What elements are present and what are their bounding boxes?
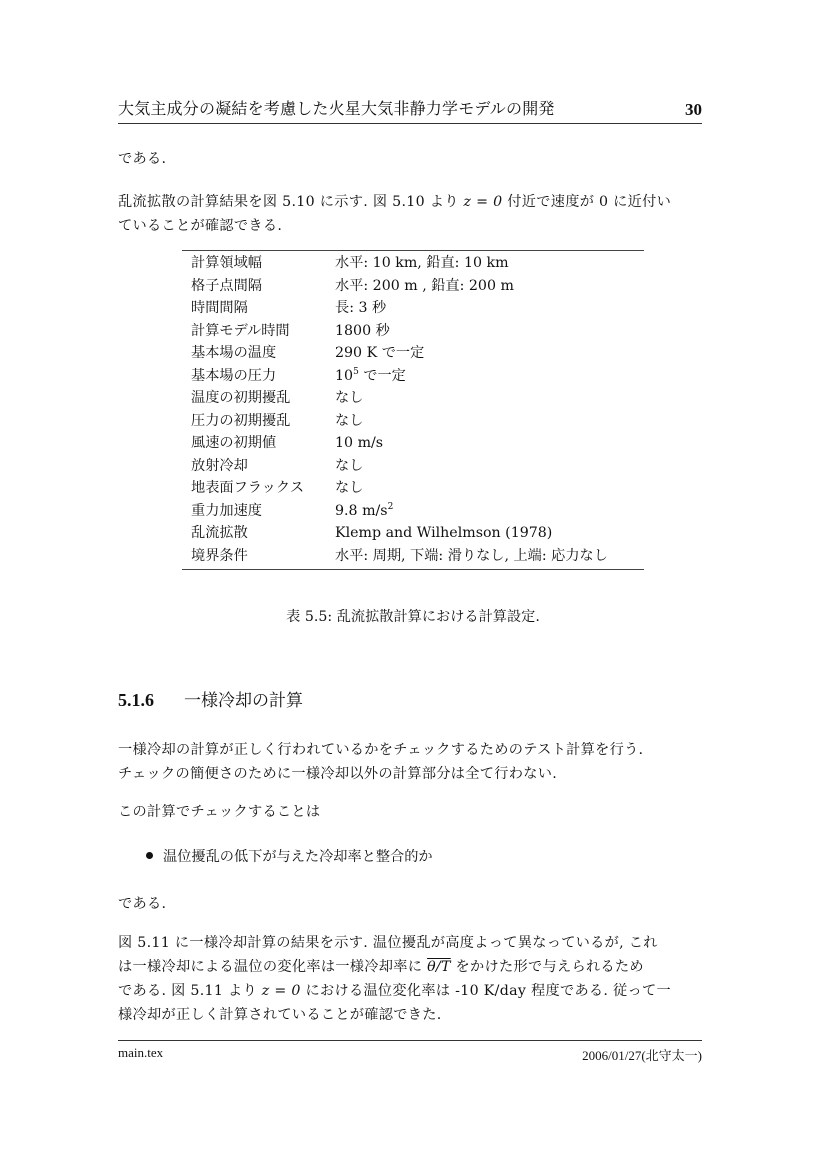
- value-superscript: 2: [388, 502, 394, 512]
- page-number: 30: [685, 100, 702, 120]
- table-value: 水平: 200 m , 鉛直: 200 m: [335, 275, 644, 298]
- table-value: 1800 秒: [335, 320, 644, 343]
- paragraph-conclusion: である.: [118, 892, 708, 916]
- table-key: 重力加速度: [182, 500, 335, 523]
- table-value: なし: [335, 477, 644, 500]
- math-inline: z = 0: [464, 194, 503, 210]
- text-run: 付近で速度が 0 に近付い: [502, 194, 671, 210]
- math-T-bar: /T: [436, 959, 451, 975]
- text-run: は一様冷却による温位の変化率は一様冷却率に: [118, 959, 427, 975]
- paragraph-line: ていることが確認できる.: [118, 214, 708, 238]
- table-value: 水平: 周期, 下端: 滑りなし, 上端: 応力なし: [335, 545, 644, 570]
- table-value: なし: [335, 455, 644, 478]
- table-key: 乱流拡散: [182, 522, 335, 545]
- section-title: 一様冷却の計算: [184, 691, 303, 711]
- settings-table: 計算領域幅水平: 10 km, 鉛直: 10 km 格子点間隔水平: 200 m…: [182, 250, 644, 570]
- bullet-icon: [146, 852, 153, 859]
- paragraph-text: である.: [118, 147, 708, 171]
- table-key: 時間間隔: [182, 297, 335, 320]
- table-value: なし: [335, 410, 644, 433]
- paragraph-turbulence-result: 乱流拡散の計算結果を図 5.10 に示す. 図 5.10 より z = 0 付近…: [118, 190, 708, 238]
- table-value: 10 m/s: [335, 432, 644, 455]
- math-theta-bar: θ: [427, 959, 436, 975]
- table-row: 計算モデル時間1800 秒: [182, 320, 644, 343]
- paragraph-line: である. 図 5.11 より z = 0 における温位変化率は -10 K/da…: [118, 979, 708, 1003]
- value-rest: で一定: [359, 368, 406, 384]
- table-key: 地表面フラックス: [182, 477, 335, 500]
- paragraph-line: は一様冷却による温位の変化率は一様冷却率に θ/T をかけた形で与えられるため: [118, 955, 708, 979]
- text-run: をかけた形で与えられるため: [451, 959, 644, 975]
- table-key: 基本場の温度: [182, 342, 335, 365]
- paragraph-uniform-cooling-intro: 一様冷却の計算が正しく行われているかをチェックするためのテスト計算を行う. チェ…: [118, 738, 708, 786]
- table-key: 計算領域幅: [182, 251, 335, 275]
- table-caption: 表 5.5: 乱流拡散計算における計算設定.: [0, 606, 826, 628]
- paragraph-line: 一様冷却の計算が正しく行われているかをチェックするためのテスト計算を行う.: [118, 738, 708, 762]
- table-key: 圧力の初期擾乱: [182, 410, 335, 433]
- table-value: 長: 3 秒: [335, 297, 644, 320]
- table-value: なし: [335, 387, 644, 410]
- table-row: 地表面フラックスなし: [182, 477, 644, 500]
- footer-filename: main.tex: [118, 1045, 163, 1061]
- table-row: 基本場の圧力105 で一定: [182, 365, 644, 388]
- paragraph-line: 図 5.11 に一様冷却計算の結果を示す. 温位擾乱が高度よって異なっているが,…: [118, 931, 708, 955]
- table-key: 温度の初期擾乱: [182, 387, 335, 410]
- bullet-item: 温位擾乱の低下が与えた冷却率と整合的か: [163, 849, 433, 865]
- table-value: 105 で一定: [335, 365, 644, 388]
- table-key: 基本場の圧力: [182, 365, 335, 388]
- page-footer: main.tex 2006/01/27(北守太一): [118, 1040, 702, 1065]
- value-base: 10: [335, 368, 353, 384]
- table-key: 計算モデル時間: [182, 320, 335, 343]
- paragraph-uniform-cooling-result: 図 5.11 に一様冷却計算の結果を示す. 温位擾乱が高度よって異なっているが,…: [118, 931, 708, 1027]
- table-row: 温度の初期擾乱なし: [182, 387, 644, 410]
- table-value: 290 K で一定: [335, 342, 644, 365]
- table-row: 重力加速度9.8 m/s2: [182, 500, 644, 523]
- table-row: 計算領域幅水平: 10 km, 鉛直: 10 km: [182, 251, 644, 275]
- paragraph-check-lead: この計算でチェックすることは: [118, 800, 708, 824]
- footer-date-author: 2006/01/27(北守太一): [582, 1045, 702, 1064]
- section-heading: 5.1.6一様冷却の計算: [118, 688, 303, 713]
- text-run: 乱流拡散の計算結果を図 5.10 に示す. 図 5.10 より: [118, 194, 464, 210]
- table-value: 9.8 m/s2: [335, 500, 644, 523]
- table-key: 境界条件: [182, 545, 335, 570]
- table-key: 放射冷却: [182, 455, 335, 478]
- section-number: 5.1.6: [118, 688, 184, 712]
- paragraph-line: である.: [118, 892, 708, 916]
- table-row: 時間間隔長: 3 秒: [182, 297, 644, 320]
- table-row: 乱流拡散Klemp and Wilhelmson (1978): [182, 522, 644, 545]
- value-base: 9.8 m/s: [335, 503, 388, 519]
- paragraph-line: この計算でチェックすることは: [118, 800, 708, 824]
- bullet-list: 温位擾乱の低下が与えた冷却率と整合的か: [146, 845, 433, 869]
- text-run: における温位変化率は -10 K/day 程度である. 従って一: [301, 983, 671, 999]
- paragraph-line: 様冷却が正しく計算されていることが確認できた.: [118, 1003, 708, 1027]
- table-row: 基本場の温度290 K で一定: [182, 342, 644, 365]
- table-value: 水平: 10 km, 鉛直: 10 km: [335, 251, 644, 275]
- table-key: 格子点間隔: [182, 275, 335, 298]
- paragraph-line: 乱流拡散の計算結果を図 5.10 に示す. 図 5.10 より z = 0 付近…: [118, 190, 708, 214]
- table-key: 風速の初期値: [182, 432, 335, 455]
- table-row: 風速の初期値10 m/s: [182, 432, 644, 455]
- table-row: 圧力の初期擾乱なし: [182, 410, 644, 433]
- table-row: 放射冷却なし: [182, 455, 644, 478]
- table-row: 境界条件水平: 周期, 下端: 滑りなし, 上端: 応力なし: [182, 545, 644, 570]
- text-run: である. 図 5.11 より: [118, 983, 262, 999]
- document-page: 大気主成分の凝結を考慮した火星大気非静力学モデルの開発 30 である. 乱流拡散…: [0, 0, 826, 1169]
- running-header: 大気主成分の凝結を考慮した火星大気非静力学モデルの開発 30: [118, 99, 702, 124]
- math-inline: z = 0: [262, 983, 301, 999]
- table-value: Klemp and Wilhelmson (1978): [335, 522, 644, 545]
- running-header-title: 大気主成分の凝結を考慮した火星大気非静力学モデルの開発: [118, 99, 555, 119]
- paragraph-line: チェックの簡便さのために一様冷却以外の計算部分は全て行わない.: [118, 762, 708, 786]
- paragraph-intro: である.: [118, 147, 708, 171]
- table-row: 格子点間隔水平: 200 m , 鉛直: 200 m: [182, 275, 644, 298]
